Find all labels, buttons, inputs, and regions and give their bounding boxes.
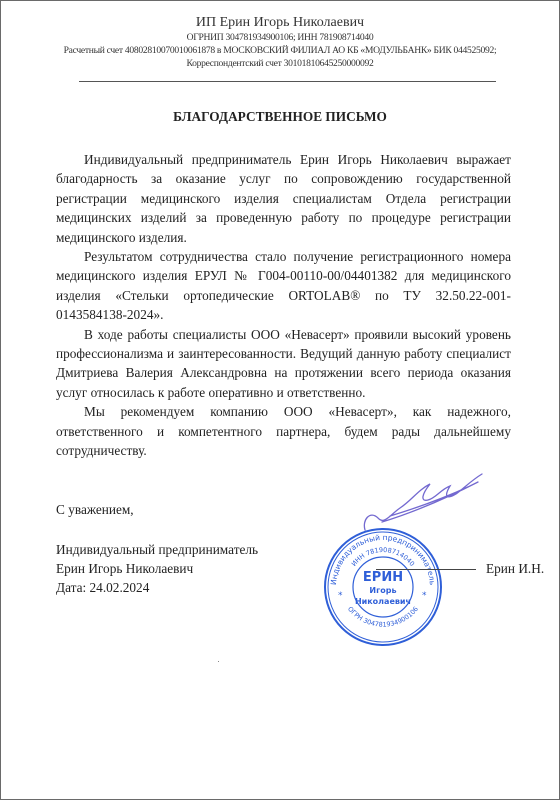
letter-body: Индивидуальный предприниматель Ерин Игор…	[56, 150, 511, 461]
paragraph: Мы рекомендуем компанию ООО «Невасерт», …	[56, 402, 511, 460]
closing-text: С уважением,	[56, 502, 134, 518]
letter-date: Дата: 24.02.2024	[56, 580, 149, 596]
signer-position: Индивидуальный предприниматель	[56, 542, 258, 558]
letterhead-bank-account: Расчетный счет 40802810070010061878 в МО…	[0, 44, 560, 57]
official-stamp-icon: Индивидуальный предприниматель ИНН 78190…	[322, 526, 444, 648]
letterhead: ИП Ерин Игорь Николаевич ОГРНИП 30478193…	[0, 15, 560, 70]
document-title: БЛАГОДАРСТВЕННОЕ ПИСЬМО	[0, 109, 560, 125]
header-divider	[79, 81, 496, 82]
signer-short-name: Ерин И.Н.	[486, 561, 544, 577]
handwritten-signature-icon	[360, 470, 500, 540]
paragraph: В ходе работы специалисты ООО «Невасерт»…	[56, 325, 511, 403]
paragraph: Результатом сотрудничества стало получен…	[56, 247, 511, 325]
svg-text:*: *	[338, 591, 343, 601]
svg-text:ЕРИН: ЕРИН	[363, 570, 403, 585]
svg-text:*: *	[422, 591, 427, 601]
letterhead-correspondent-account: Корреспондентский счет 30101810645250000…	[0, 57, 560, 70]
signer-full-name: Ерин Игорь Николаевич	[56, 561, 193, 577]
svg-text:Игорь: Игорь	[369, 586, 396, 595]
letterhead-name: ИП Ерин Игорь Николаевич	[0, 15, 560, 31]
svg-text:Николаевич: Николаевич	[355, 597, 411, 606]
letterhead-registration: ОГРНИП 304781934900106; ИНН 781908714040	[0, 31, 560, 44]
paragraph: Индивидуальный предприниматель Ерин Игор…	[56, 150, 511, 247]
stray-mark	[218, 661, 219, 662]
signature-line	[376, 569, 476, 570]
